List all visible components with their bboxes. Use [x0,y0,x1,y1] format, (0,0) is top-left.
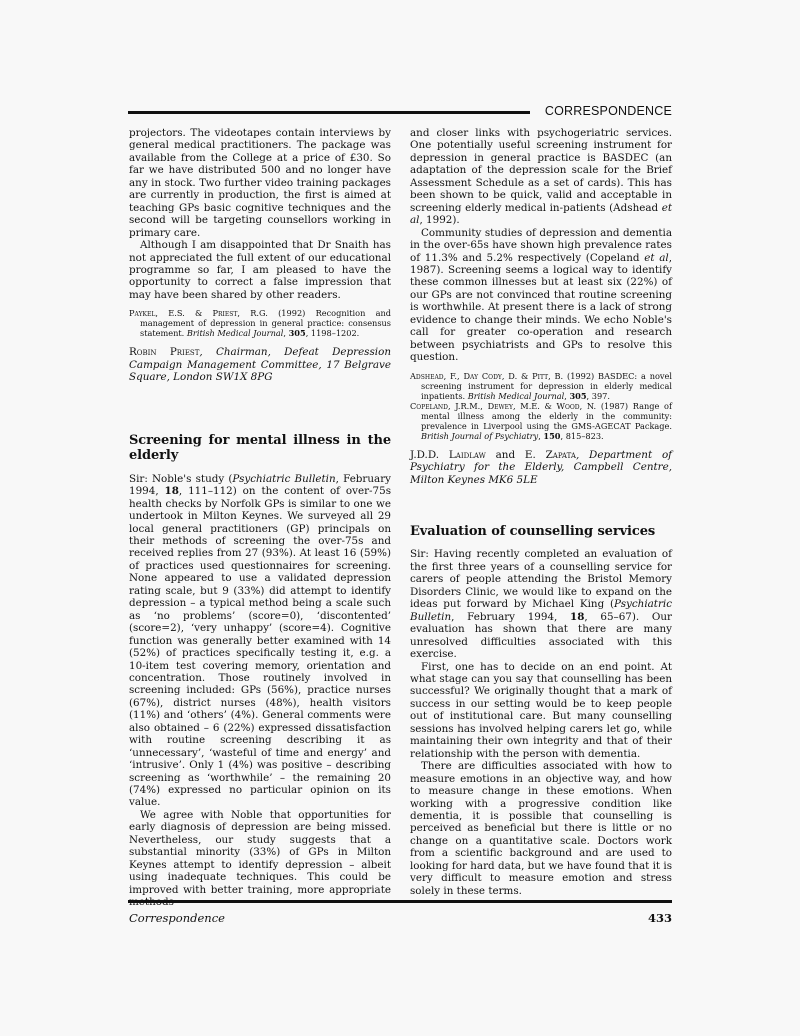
reference-journal: British Medical Journal [468,391,564,401]
paragraph: projectors. The videotapes contain inter… [129,127,391,239]
page-number: 433 [600,911,672,925]
footer-rule [128,900,672,903]
author-name: Robin Priest [129,346,199,358]
article-title: Evaluation of counselling services [410,524,672,540]
right-column: and closer links with psychogeriatric se… [410,127,672,897]
reference-authors: Copeland, J.R.M., Dewey, M.E. & Wood, N. [410,401,596,411]
citation-volume: 18 [570,611,584,623]
reference-journal: British Journal of Psychiatry [421,431,538,441]
paragraph: Although I am disappointed that Dr Snait… [129,239,391,301]
citation-volume: 18 [165,485,179,497]
reference-authors: Paykel, E.S. & Priest, R.G. [129,308,268,318]
paragraph: There are difficulties associated with h… [410,760,672,897]
reference-item: Adshead, F., Day Cody, D. & Pitt, B. (19… [410,371,672,401]
reference-volume: 150 [543,431,560,441]
reference-list: Paykel, E.S. & Priest, R.G. (1992) Recog… [129,308,391,338]
article-title: Screening for mental illness in the elde… [129,433,391,464]
author-name: Laidlaw [449,449,486,461]
author-signature: Robin Priest, Chairman, Defeat Depressio… [129,346,391,383]
reference-journal: British Medical Journal [187,328,283,338]
reference-volume: 305 [569,391,586,401]
footer-section-name: Correspondence [129,911,225,925]
paragraph: First, one has to decide on an end point… [410,661,672,761]
paragraph: and closer links with psychogeriatric se… [410,127,672,227]
paragraph: Sir: Noble's study (Psychiatric Bulletin… [129,473,391,809]
reference-list: Adshead, F., Day Cody, D. & Pitt, B. (19… [410,371,672,441]
reference-authors: Adshead, F., Day Cody, D. & Pitt, B. [410,371,563,381]
reference-volume: 305 [289,328,306,338]
paragraph: Community studies of depression and deme… [410,227,672,364]
running-head: CORRESPONDENCE [535,104,672,118]
citation-journal: Psychiatric Bulletin [232,473,335,485]
paragraph: Sir: Having recently completed an evalua… [410,548,672,660]
left-column: projectors. The videotapes contain inter… [129,127,391,909]
reference-item: Paykel, E.S. & Priest, R.G. (1992) Recog… [129,308,391,338]
reference-item: Copeland, J.R.M., Dewey, M.E. & Wood, N.… [410,401,672,441]
paragraph: We agree with Noble that opportunities f… [129,809,391,909]
journal-page: CORRESPONDENCE projectors. The videotape… [0,0,800,1036]
author-name: Zapata [546,449,576,461]
header-rule [128,111,530,114]
author-signature: J.D.D. Laidlaw and E. Zapata, Department… [410,449,672,486]
